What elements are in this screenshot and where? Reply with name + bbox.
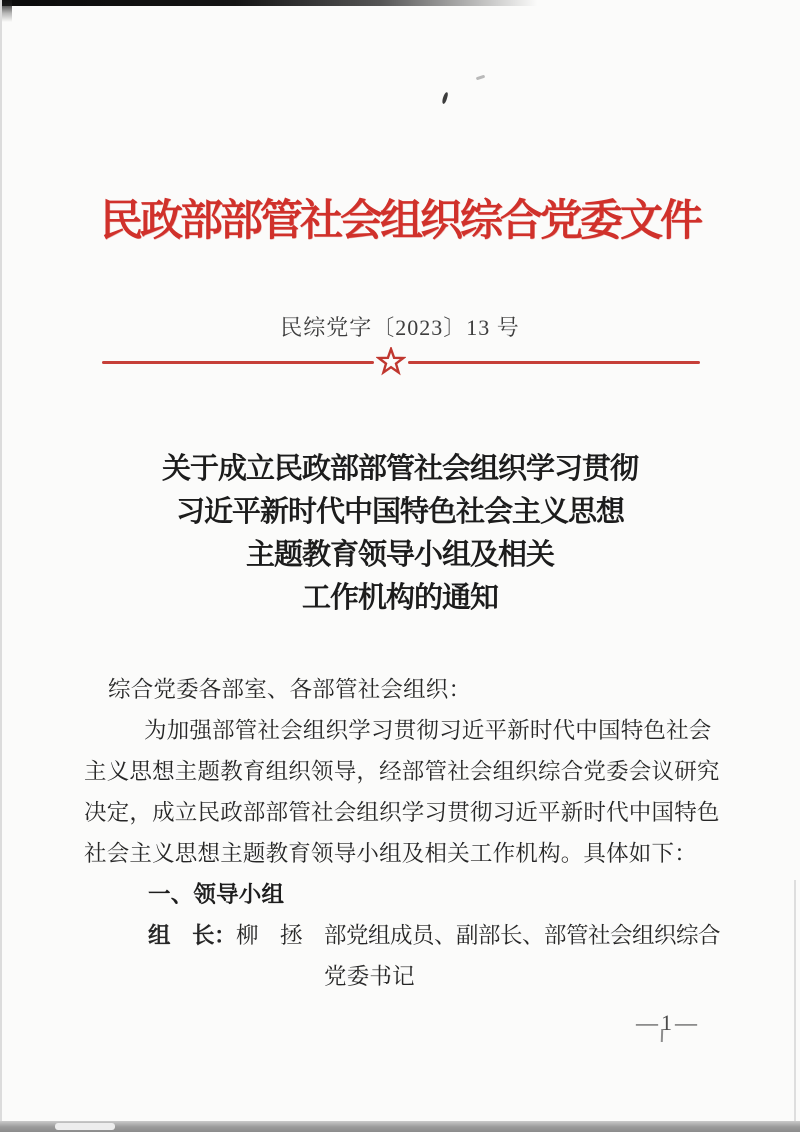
document-number: 民综党字〔2023〕13 号 [0, 311, 800, 342]
document-page: 民政部部管社会组织综合党委文件 民综党字〔2023〕13 号 关于成立民政部部管… [0, 0, 800, 1132]
document-title-line: 习近平新时代中国特色社会主义思想 [0, 491, 800, 534]
document-title-line: 工作机构的通知 [0, 577, 800, 620]
page-number: —1— [636, 1010, 700, 1036]
body-line: 决定，成立民政部部管社会组织学习贯彻习近平新时代中国特色 [84, 792, 724, 833]
scan-edge-top [0, 0, 560, 6]
scan-edge-bottom-notch [55, 1123, 115, 1130]
body-line: 为加强部管社会组织学习贯彻习近平新时代中国特色社会 [84, 710, 724, 751]
ink-speck [476, 75, 485, 81]
body-line: 社会主义思想主题教育领导小组及相关工作机构。具体如下： [84, 833, 724, 874]
scan-edge-bottom [0, 1121, 800, 1132]
document-title-line: 主题教育领导小组及相关 [0, 534, 800, 577]
leader-role-label: 组 长： [148, 923, 236, 948]
document-body: 综合党委各部室、各部管社会组织： 为加强部管社会组织学习贯彻习近平新时代中国特色… [84, 669, 724, 997]
leader-position: 部党组成员、副部长、部管社会组织综合 [324, 923, 720, 948]
salutation-line: 综合党委各部室、各部管社会组织： [84, 669, 724, 710]
scan-edge-right [794, 880, 796, 1122]
letterhead-title: 民政部部管社会组织综合党委文件 [0, 196, 800, 248]
rule-left-segment [102, 361, 374, 364]
rule-right-segment [408, 361, 700, 364]
leader-name: 柳 拯 [236, 923, 302, 948]
star-icon [376, 347, 406, 377]
document-title: 关于成立民政部部管社会组织学习贯彻 习近平新时代中国特色社会主义思想 主题教育领… [0, 448, 800, 620]
body-line: 主义思想主题教育组织领导，经部管社会组织综合党委会议研究 [84, 751, 724, 792]
leader-line: 组 长：柳 拯部党组成员、副部长、部管社会组织综合 [84, 915, 724, 956]
section-heading: 一、领导小组 [84, 874, 724, 915]
ink-speck [441, 92, 448, 105]
leader-position-continued: 党委书记 [84, 956, 724, 997]
document-title-line: 关于成立民政部部管社会组织学习贯彻 [0, 448, 800, 491]
red-divider-rule [102, 347, 700, 377]
